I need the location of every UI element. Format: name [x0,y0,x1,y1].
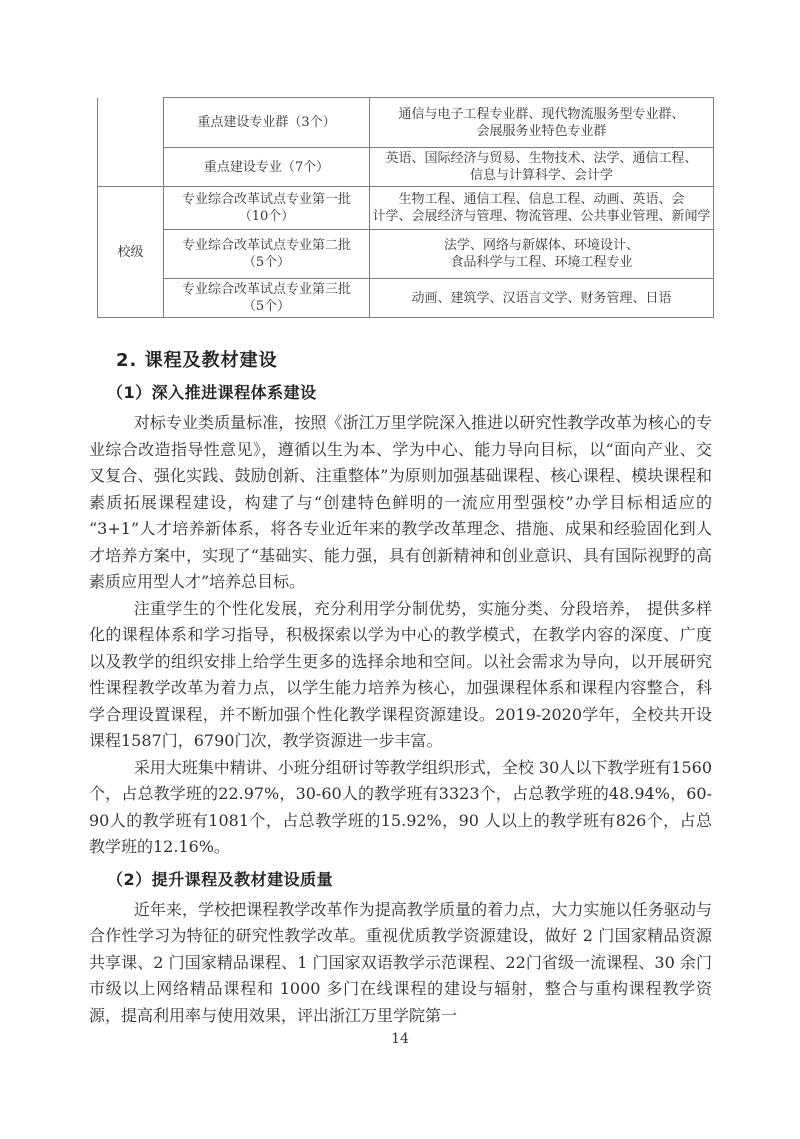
content-cell: 通信与电子工程专业群、现代物流服务型专业群、 会展服务业特色专业群 [370,98,714,148]
level-cell-continued [98,98,164,187]
table-row: 校级 专业综合改革试点专业第一批 （10个） 生物工程、通信工程、信息工程、动画… [98,187,714,230]
page-number: 14 [0,1031,800,1047]
content-cell: 生物工程、通信工程、信息工程、动画、英语、会 计学、会展经济与管理、物流管理、公… [370,187,714,230]
content-cell: 英语、国际经济与贸易、生物技术、法学、通信工程、 信息与计算科学、会计学 [370,148,714,187]
body-content: 2. 课程及教材建设 （1）深入推进课程体系建设 对标专业类质量标准，按照《浙江… [89,348,712,1029]
paragraph: 近年来，学校把课程教学改革作为提高教学质量的着力点，大力实施以任务驱动与合作性学… [89,897,712,1030]
table-row: 重点建设专业群（3个） 通信与电子工程专业群、现代物流服务型专业群、 会展服务业… [98,98,714,148]
section-heading: 2. 课程及教材建设 [116,348,712,374]
content-cell: 动画、建筑学、汉语言文学、财务管理、日语 [370,279,714,318]
paragraph: 注重学生的个性化发展，充分利用学分制优势，实施分类、分段培养， 提供多样化的课程… [89,596,712,755]
subsection-1-heading: （1）深入推进课程体系建设 [107,380,712,406]
table-row: 专业综合改革试点专业第三批 （5个） 动画、建筑学、汉语言文学、财务管理、日语 [98,279,714,318]
document-page: 重点建设专业群（3个） 通信与电子工程专业群、现代物流服务型专业群、 会展服务业… [0,0,800,1139]
key-majors-table: 重点建设专业群（3个） 通信与电子工程专业群、现代物流服务型专业群、 会展服务业… [97,97,714,318]
level-cell-school: 校级 [98,187,164,318]
category-cell: 专业综合改革试点专业第三批 （5个） [164,279,370,318]
category-cell: 重点建设专业群（3个） [164,98,370,148]
category-cell: 专业综合改革试点专业第二批 （5个） [164,230,370,279]
table-row: 专业综合改革试点专业第二批 （5个） 法学、网络与新媒体、环境设计、 食品科学与… [98,230,714,279]
content-cell: 法学、网络与新媒体、环境设计、 食品科学与工程、环境工程专业 [370,230,714,279]
category-cell: 专业综合改革试点专业第一批 （10个） [164,187,370,230]
subsection-2-heading: （2）提升课程及教材建设质量 [107,867,712,893]
category-cell: 重点建设专业（7个） [164,148,370,187]
paragraph: 采用大班集中精讲、小班分组研讨等教学组织形式，全校 30人以下教学班有1560个… [89,755,712,861]
paragraph: 对标专业类质量标准，按照《浙江万里学院深入推进以研究性教学改革为核心的专业综合改… [89,410,712,596]
table-row: 重点建设专业（7个） 英语、国际经济与贸易、生物技术、法学、通信工程、 信息与计… [98,148,714,187]
